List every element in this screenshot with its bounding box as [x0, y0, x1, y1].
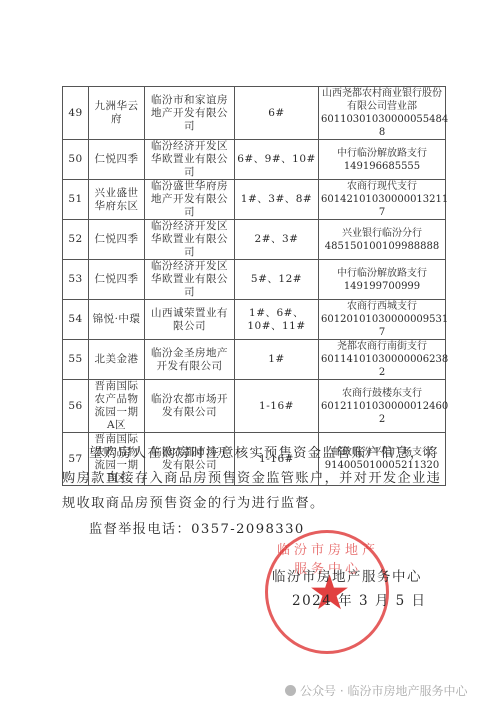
- account-number: 60142101030000013211​7: [321, 193, 443, 219]
- developer-name: 临汾市和家谊房地产开发有限公司: [145, 87, 235, 140]
- developer-name: 临汾经济开发区华欧置业有限公司: [145, 260, 235, 300]
- project-name: 仁悦四季: [89, 260, 145, 300]
- escrow-account-table: 49九洲华云府临汾市和家谊房地产开发有限公司6#山西尧都农村商业银行股份有限公司…: [62, 86, 446, 486]
- building-numbers: 6#: [235, 87, 319, 140]
- developer-name: 临汾农都市场开发有限公司: [145, 380, 235, 433]
- project-name: 晋南国际农产品物流园一期A区: [89, 380, 145, 433]
- developer-name: 山西诚荣置业有限公司: [145, 300, 235, 340]
- project-name: 锦悦·中環: [89, 300, 145, 340]
- escrow-bank-account: 尧都农商行南街支行60114101030000006238​2: [319, 340, 446, 380]
- developer-name: 临汾金圣房地产开发有限公司: [145, 340, 235, 380]
- account-number: 60114101030000006238​2: [321, 353, 443, 379]
- bank-name: 中行临汾解放路支行: [321, 267, 443, 280]
- table-row: 53仁悦四季临汾经济开发区华欧置业有限公司5#、12#中行临汾解放路支行1491…: [63, 260, 446, 300]
- building-numbers: 1#、3#、8#: [235, 180, 319, 220]
- account-number: 149196685555: [321, 160, 443, 173]
- developer-name: 临汾经济开发区华欧置业有限公司: [145, 140, 235, 180]
- building-numbers: 1#、6#、10#、11#: [235, 300, 319, 340]
- wechat-account-icon: [285, 685, 296, 696]
- bank-name: 农商行鼓楼东支行: [321, 387, 443, 400]
- row-number: 50: [63, 140, 89, 180]
- signature-org: 临汾市房地产服务中心: [272, 565, 422, 585]
- account-number: 60120101030000009531​7: [321, 313, 443, 339]
- row-number: 52: [63, 220, 89, 260]
- bank-name: 尧都农商行南街支行: [321, 340, 443, 353]
- row-number: 54: [63, 300, 89, 340]
- project-name: 九洲华云府: [89, 87, 145, 140]
- bank-name: 中行临汾解放路支行: [321, 147, 443, 160]
- table-row: 51兴业盛世华府东区临汾盛世华府房地产开发有限公司1#、3#、8#农商行现代支行…: [63, 180, 446, 220]
- building-numbers: 1-16#: [235, 380, 319, 433]
- building-numbers: 5#、12#: [235, 260, 319, 300]
- hotline-text: 监督举报电话：0357-2098330: [62, 517, 452, 542]
- row-number: 51: [63, 180, 89, 220]
- bank-name: 农商行西城支行: [321, 300, 443, 313]
- escrow-bank-account: 农商行鼓楼东支行60121101030000012460​2: [319, 380, 446, 433]
- building-numbers: 2#、3#: [235, 220, 319, 260]
- table-row: 56晋南国际农产品物流园一期A区临汾农都市场开发有限公司1-16#农商行鼓楼东支…: [63, 380, 446, 433]
- row-number: 49: [63, 87, 89, 140]
- account-number: 485150100109988888: [321, 240, 443, 253]
- escrow-bank-account: 中行临汾解放路支行149199700999: [319, 260, 446, 300]
- project-name: 仁悦四季: [89, 140, 145, 180]
- project-name: 兴业盛世华府东区: [89, 180, 145, 220]
- escrow-bank-account: 农商行现代支行60142101030000013211​7: [319, 180, 446, 220]
- bank-name: 兴业银行临汾分行: [321, 227, 443, 240]
- account-number: 149199700999: [321, 280, 443, 293]
- bank-name: 农商行现代支行: [321, 180, 443, 193]
- project-name: 北美金港: [89, 340, 145, 380]
- table-row: 52仁悦四季临汾经济开发区华欧置业有限公司2#、3#兴业银行临汾分行485150…: [63, 220, 446, 260]
- table-row: 54锦悦·中環山西诚荣置业有限公司1#、6#、10#、11#农商行西城支行601…: [63, 300, 446, 340]
- row-number: 55: [63, 340, 89, 380]
- bank-name: 山西尧都农村商业银行股份有限公司营业部: [321, 87, 443, 113]
- account-number: 60121101030000012460​2: [321, 400, 443, 426]
- escrow-bank-account: 山西尧都农村商业银行股份有限公司营业部60110301030000055484​…: [319, 87, 446, 140]
- signature-date: 2024 年 3 月 5 日: [292, 589, 427, 609]
- project-name: 仁悦四季: [89, 220, 145, 260]
- escrow-bank-account: 农商行西城支行60120101030000009531​7: [319, 300, 446, 340]
- table-row: 50仁悦四季临汾经济开发区华欧置业有限公司6#、9#、10#中行临汾解放路支行1…: [63, 140, 446, 180]
- building-numbers: 6#、9#、10#: [235, 140, 319, 180]
- developer-name: 临汾经济开发区华欧置业有限公司: [145, 220, 235, 260]
- footer-label: 公众号 · 临汾市房地产服务中心: [300, 684, 467, 698]
- row-number: 56: [63, 380, 89, 433]
- notice-paragraph: 望购房人在购房时注意核实预售资金监管账户信息，将购房款直接存入商品房预售资金监管…: [62, 441, 452, 516]
- row-number: 53: [63, 260, 89, 300]
- escrow-bank-account: 中行临汾解放路支行149196685555: [319, 140, 446, 180]
- developer-name: 临汾盛世华府房地产开发有限公司: [145, 180, 235, 220]
- table-row: 55北美金港临汾金圣房地产开发有限公司1#尧都农商行南街支行6011410103…: [63, 340, 446, 380]
- account-number: 60110301030000055484​8: [321, 113, 443, 139]
- building-numbers: 1#: [235, 340, 319, 380]
- table-row: 49九洲华云府临汾市和家谊房地产开发有限公司6#山西尧都农村商业银行股份有限公司…: [63, 87, 446, 140]
- wechat-footer[interactable]: 公众号 · 临汾市房地产服务中心: [285, 682, 467, 699]
- escrow-bank-account: 兴业银行临汾分行485150100109988888: [319, 220, 446, 260]
